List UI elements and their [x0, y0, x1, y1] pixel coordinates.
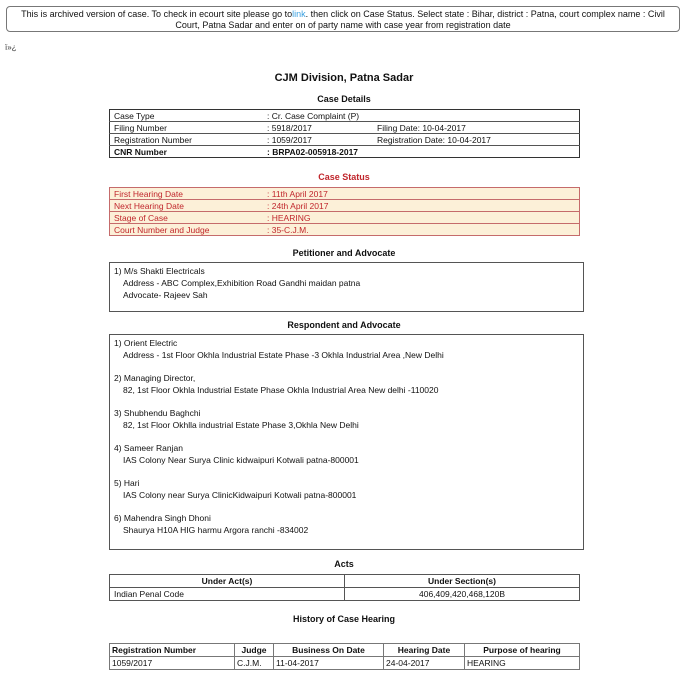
table-row: Stage of Case : HEARING — [110, 212, 580, 224]
respondent-name: 5) Hari — [114, 477, 579, 489]
stage-value: : HEARING — [263, 212, 580, 224]
hearing-date-header: Hearing Date — [384, 644, 465, 657]
case-details-table: Case Type : Cr. Case Complaint (P) Filin… — [109, 109, 580, 158]
history-heading: History of Case Hearing — [0, 614, 688, 624]
petitioner-advocate: Advocate- Rajeev Sah — [114, 289, 579, 301]
registration-date: Registration Date: 10-04-2017 — [373, 134, 580, 146]
respondent-name: 4) Sameer Ranjan — [114, 442, 579, 454]
table-row: 1059/2017 C.J.M. 11-04-2017 24-04-2017 H… — [110, 657, 580, 670]
under-acts-header: Under Act(s) — [110, 575, 345, 588]
business-on-date-header: Business On Date — [274, 644, 384, 657]
petitioner-name: 1) M/s Shakti Electricals — [114, 265, 579, 277]
registration-number-value: : 1059/2017 — [263, 134, 373, 146]
first-hearing-value: : 11th April 2017 — [263, 188, 580, 200]
acts-heading: Acts — [0, 559, 688, 569]
table-row: Filing Number : 5918/2017 Filing Date: 1… — [110, 122, 580, 134]
case-details-heading: Case Details — [0, 94, 688, 104]
table-header-row: Registration Number Judge Business On Da… — [110, 644, 580, 657]
next-hearing-label: Next Hearing Date — [110, 200, 264, 212]
history-hearing-date: 24-04-2017 — [384, 657, 465, 670]
respondent-address: IAS Colony Near Surya Clinic kidwaipuri … — [114, 454, 579, 466]
table-header-row: Under Act(s) Under Section(s) — [110, 575, 580, 588]
petitioner-heading: Petitioner and Advocate — [0, 248, 688, 258]
notice-text-before: This is archived version of case. To che… — [21, 9, 292, 19]
case-type-value: : Cr. Case Complaint (P) — [263, 110, 580, 122]
act-sections: 406,409,420,468,120B — [345, 588, 580, 601]
registration-number-label: Registration Number — [110, 134, 264, 146]
list-item: 6) Mahendra Singh Dhoni Shaurya H10A HIG… — [114, 512, 579, 536]
respondent-address: IAS Colony near Surya ClinicKidwaipuri K… — [114, 489, 579, 501]
table-row: Registration Number : 1059/2017 Registra… — [110, 134, 580, 146]
respondent-name: 3) Shubhendu Baghchi — [114, 407, 579, 419]
list-item: 2) Managing Director, 82, 1st Floor Okhl… — [114, 372, 579, 396]
history-judge: C.J.M. — [235, 657, 274, 670]
table-row: Next Hearing Date : 24th April 2017 — [110, 200, 580, 212]
cnr-number-value: : BRPA02-005918-2017 — [263, 146, 580, 158]
stage-label: Stage of Case — [110, 212, 264, 224]
ecourt-link[interactable]: link — [292, 9, 306, 19]
history-purpose: HEARING — [465, 657, 580, 670]
list-item: 4) Sameer Ranjan IAS Colony Near Surya C… — [114, 442, 579, 466]
history-registration-number: 1059/2017 — [110, 657, 235, 670]
respondent-address: Address - 1st Floor Okhla Industrial Est… — [114, 349, 579, 361]
respondent-name: 2) Managing Director, — [114, 372, 579, 384]
case-status-heading: Case Status — [0, 172, 688, 182]
under-sections-header: Under Section(s) — [345, 575, 580, 588]
respondent-heading: Respondent and Advocate — [0, 320, 688, 330]
filing-number-label: Filing Number — [110, 122, 264, 134]
judge-header: Judge — [235, 644, 274, 657]
history-business-date[interactable]: 11-04-2017 — [274, 657, 384, 670]
filing-date: Filing Date: 10-04-2017 — [373, 122, 580, 134]
table-row: First Hearing Date : 11th April 2017 — [110, 188, 580, 200]
filing-number-value: : 5918/2017 — [263, 122, 373, 134]
respondent-name: 6) Mahendra Singh Dhoni — [114, 512, 579, 524]
purpose-header: Purpose of hearing — [465, 644, 580, 657]
table-row: Case Type : Cr. Case Complaint (P) — [110, 110, 580, 122]
list-item: 1) Orient Electric Address - 1st Floor O… — [114, 337, 579, 361]
first-hearing-label: First Hearing Date — [110, 188, 264, 200]
respondent-address: Shaurya H10A HIG harmu Argora ranchi -83… — [114, 524, 579, 536]
petitioner-box: 1) M/s Shakti Electricals Address - ABC … — [109, 262, 584, 312]
encoding-artifact: ï»¿ — [5, 43, 17, 52]
petitioner-address: Address - ABC Complex,Exhibition Road Ga… — [114, 277, 579, 289]
hearing-history-table: Registration Number Judge Business On Da… — [109, 643, 580, 670]
court-judge-label: Court Number and Judge — [110, 224, 264, 236]
table-row: CNR Number : BRPA02-005918-2017 — [110, 146, 580, 158]
act-name: Indian Penal Code — [110, 588, 345, 601]
case-status-table: First Hearing Date : 11th April 2017 Nex… — [109, 187, 580, 236]
respondent-name: 1) Orient Electric — [114, 337, 579, 349]
list-item: 3) Shubhendu Baghchi 82, 1st Floor Okhll… — [114, 407, 579, 431]
respondent-address: 82, 1st Floor Okhla Industrial Estate Ph… — [114, 384, 579, 396]
archive-notice: This is archived version of case. To che… — [6, 6, 680, 32]
next-hearing-value: : 24th April 2017 — [263, 200, 580, 212]
court-judge-value: : 35-C.J.M. — [263, 224, 580, 236]
table-row: Court Number and Judge : 35-C.J.M. — [110, 224, 580, 236]
respondent-box: 1) Orient Electric Address - 1st Floor O… — [109, 334, 584, 550]
respondent-address: 82, 1st Floor Okhlla industrial Estate P… — [114, 419, 579, 431]
cnr-number-label: CNR Number — [110, 146, 264, 158]
case-type-label: Case Type — [110, 110, 264, 122]
acts-table: Under Act(s) Under Section(s) Indian Pen… — [109, 574, 580, 601]
list-item: 5) Hari IAS Colony near Surya ClinicKidw… — [114, 477, 579, 501]
court-title: CJM Division, Patna Sadar — [0, 72, 688, 84]
table-row: Indian Penal Code 406,409,420,468,120B — [110, 588, 580, 601]
registration-number-header: Registration Number — [110, 644, 235, 657]
